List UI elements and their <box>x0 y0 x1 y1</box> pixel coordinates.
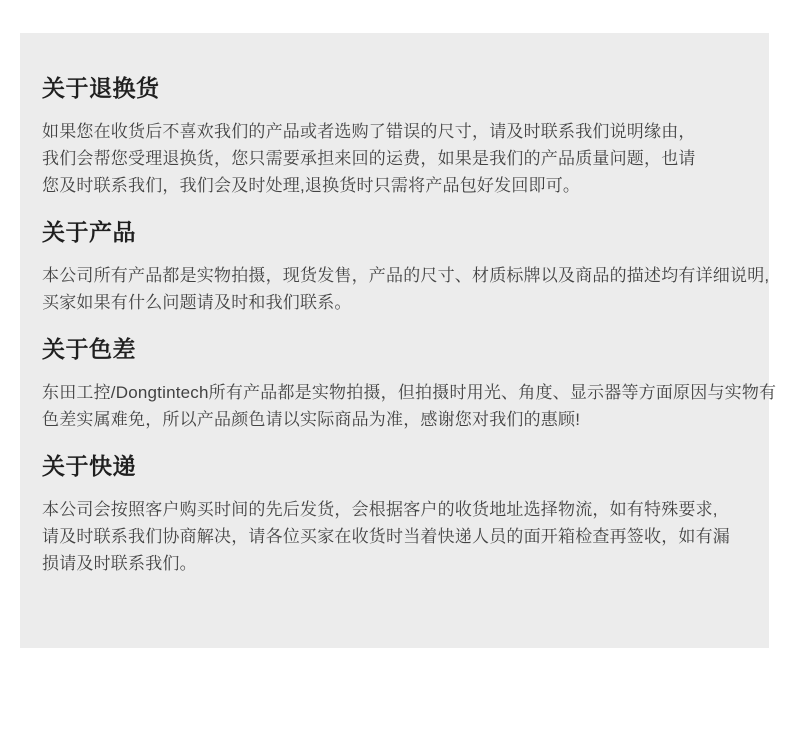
section-shipping-title: 关于快递 <box>42 451 747 481</box>
section-color-difference-text: 东田工控/Dongtintech所有产品都是实物拍摄，但拍摄时用光、角度、显示器… <box>42 379 747 433</box>
section-product: 关于产品 本公司所有产品都是实物拍摄，现货发售，产品的尺寸、材质标牌以及商品的描… <box>42 217 747 316</box>
section-shipping: 关于快递 本公司会按照客户购买时间的先后发货，会根据客户的收货地址选择物流，如有… <box>42 451 747 577</box>
section-product-title: 关于产品 <box>42 217 747 247</box>
store-policy-card: 关于退换货 如果您在收货后不喜欢我们的产品或者选购了错误的尺寸，请及时联系我们说… <box>20 33 769 648</box>
section-color-difference-title: 关于色差 <box>42 334 747 364</box>
section-color-difference: 关于色差 东田工控/Dongtintech所有产品都是实物拍摄，但拍摄时用光、角… <box>42 334 747 433</box>
section-shipping-text: 本公司会按照客户购买时间的先后发货，会根据客户的收货地址选择物流，如有特殊要求,… <box>42 496 747 577</box>
section-product-text: 本公司所有产品都是实物拍摄，现货发售，产品的尺寸、材质标牌以及商品的描述均有详细… <box>42 262 747 316</box>
section-returns-title: 关于退换货 <box>42 73 747 103</box>
section-returns-text: 如果您在收货后不喜欢我们的产品或者选购了错误的尺寸，请及时联系我们说明缘由， 我… <box>42 118 747 199</box>
section-returns: 关于退换货 如果您在收货后不喜欢我们的产品或者选购了错误的尺寸，请及时联系我们说… <box>42 73 747 199</box>
